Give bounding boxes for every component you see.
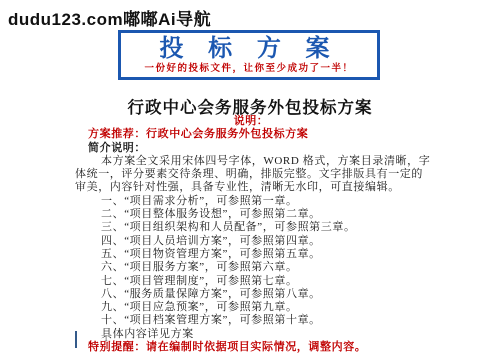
chapter-reference-list: 一、“项目需求分析”，可参照第一章。二、“项目整体服务设想”，可参照第二章。三、… [75, 195, 427, 328]
chapter-line: 二、“项目整体服务设想”，可参照第二章。 [75, 208, 427, 221]
chapter-line: 九、“项目应急预案”，可参照第九章。 [75, 301, 427, 314]
reminder-line: 特别提醒：请在编制时依据项目实际情况，调整内容。 [75, 341, 427, 354]
site-watermark-label: dudu123.com嘟嘟Ai导航 [8, 5, 211, 30]
paragraph-line: 审美，内容针对性强，具备专业性，清晰无水印，可直接编辑。 [75, 181, 427, 194]
chapter-line: 六、“项目服务方案”，可参照第六章。 [75, 261, 427, 274]
bid-banner-box: 投 标 方 案 一份好的投标文件，让你至少成功了一半！ [118, 30, 380, 80]
banner-title: 投 标 方 案 [159, 36, 338, 62]
chapter-line: 四、“项目人员培训方案”，可参照第四章。 [75, 235, 427, 248]
paragraph-line: 本方案全文采用宋体四号字体，WORD 格式，方案目录清晰，字 [75, 155, 427, 168]
page-number: 1 [104, 334, 108, 343]
intro-heading: 简介说明： [75, 142, 427, 155]
chapter-line: 七、“项目管理制度”，可参照第七章。 [75, 275, 427, 288]
text-cursor[interactable] [75, 331, 77, 348]
chapter-line: 三、“项目组织架构和人员配备”，可参照第三章。 [75, 221, 427, 234]
chapter-line: 八、“服务质量保障方案”，可参照第八章。 [75, 288, 427, 301]
recommendation-line: 方案推荐：行政中心会务服务外包投标方案 [75, 128, 427, 141]
intro-paragraph: 本方案全文采用宋体四号字体，WORD 格式，方案目录清晰，字体统一，评分要素交待… [75, 155, 427, 195]
document-page: dudu123.com嘟嘟Ai导航 投 标 方 案 一份好的投标文件，让你至少成… [0, 0, 500, 360]
detail-line: 具体内容详见方案 [75, 328, 427, 341]
chapter-line: 十、“项目档案管理方案”，可参照第十章。 [75, 314, 427, 327]
paragraph-line: 体统一，评分要素交待条理、明确，排版完整。文字排版具有一定的 [75, 168, 427, 181]
note-heading: 说明： [75, 115, 427, 128]
chapter-line: 一、“项目需求分析”，可参照第一章。 [75, 195, 427, 208]
banner-subtitle: 一份好的投标文件，让你至少成功了一半！ [144, 63, 353, 75]
document-body: 说明： 方案推荐：行政中心会务服务外包投标方案 简介说明： 本方案全文采用宋体四… [75, 115, 427, 354]
chapter-line: 五、“项目物资管理方案”，可参照第五章。 [75, 248, 427, 261]
